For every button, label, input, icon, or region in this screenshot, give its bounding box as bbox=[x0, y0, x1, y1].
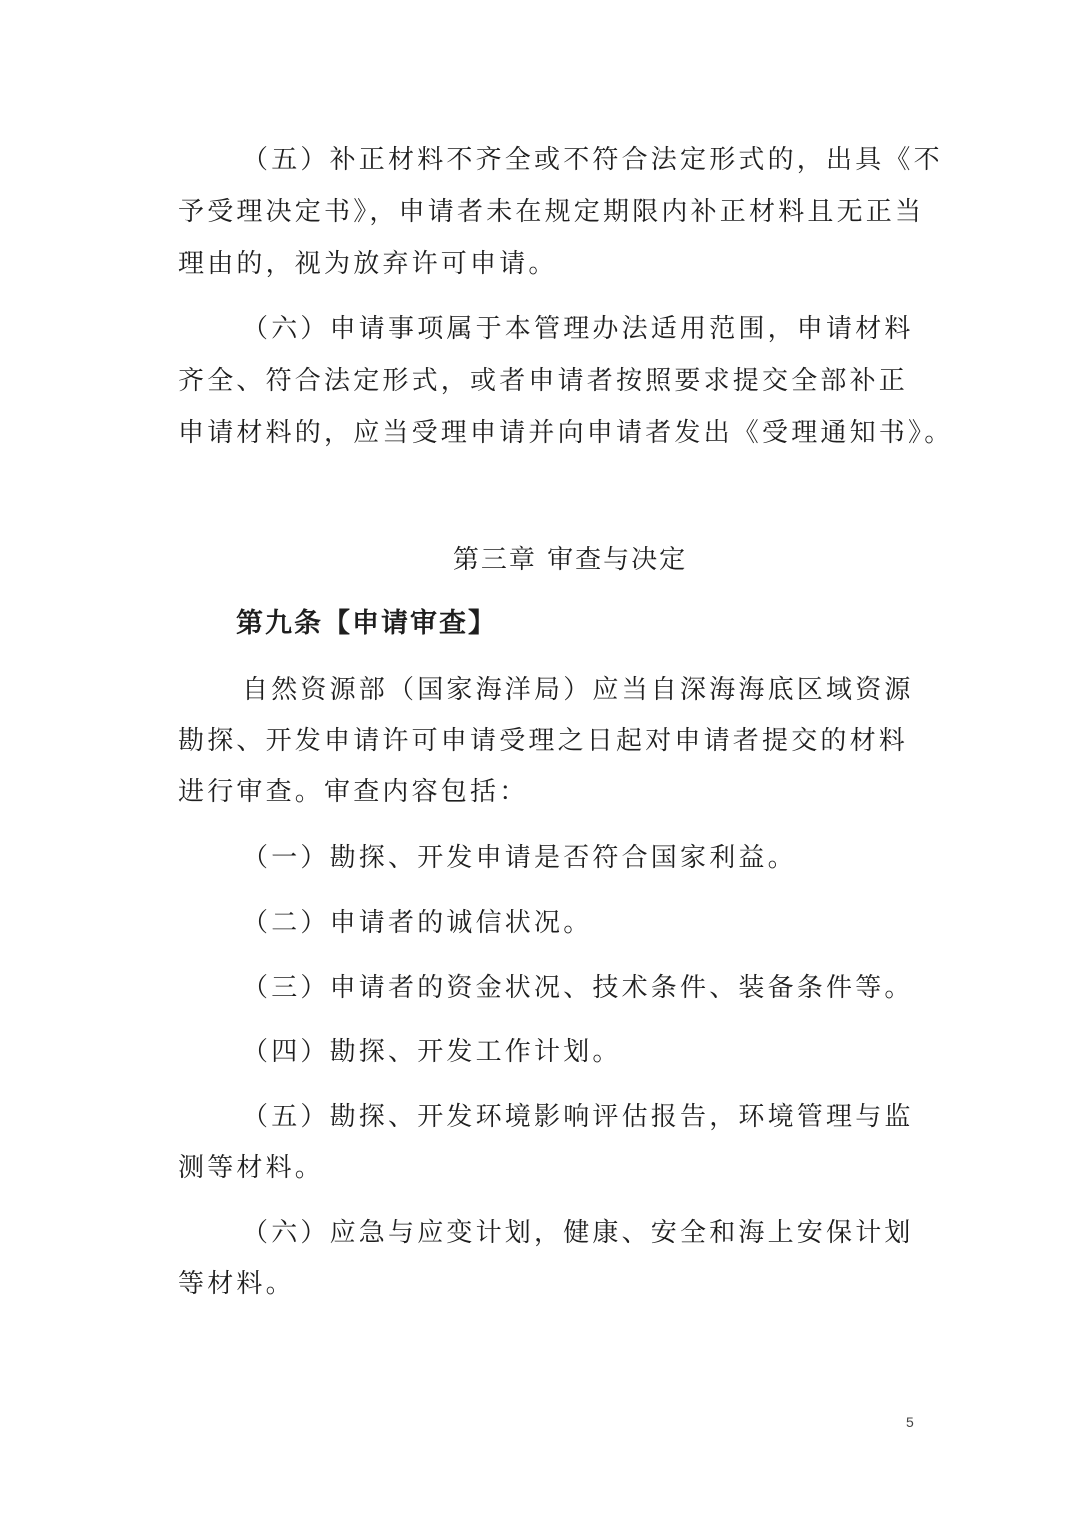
review-item-5-line-2: 测等材料。 bbox=[178, 1150, 902, 1186]
paragraph-5-line-2: 予受理决定书》，申请者未在规定期限内补正材料且无正当 bbox=[178, 194, 902, 230]
document-page: （五）补正材料不齐全或不符合法定形式的，出具《不 予受理决定书》，申请者未在规定… bbox=[0, 0, 1080, 1527]
review-item-3: （三）申请者的资金状况、技术条件、装备条件等。 bbox=[242, 970, 902, 1006]
article-title: 第九条【申请审查】 bbox=[236, 606, 497, 642]
review-item-6-line-2: 等材料。 bbox=[178, 1266, 902, 1302]
paragraph-6-line-1: （六）申请事项属于本管理办法适用范围，申请材料 bbox=[242, 311, 902, 347]
review-item-5-line-1: （五）勘探、开发环境影响评估报告，环境管理与监 bbox=[242, 1099, 902, 1135]
page-number: 5 bbox=[906, 1414, 914, 1430]
paragraph-5-line-3: 理由的，视为放弃许可申请。 bbox=[178, 246, 902, 282]
paragraph-6-line-3: 申请材料的，应当受理申请并向申请者发出《受理通知书》。 bbox=[178, 415, 902, 451]
article-intro-line-1: 自然资源部（国家海洋局）应当自深海海底区域资源 bbox=[242, 672, 902, 708]
chapter-title: 第三章 审查与决定 bbox=[0, 542, 1080, 578]
paragraph-6-line-2: 齐全、符合法定形式，或者申请者按照要求提交全部补正 bbox=[178, 363, 902, 399]
article-intro-line-3: 进行审查。审查内容包括： bbox=[178, 774, 902, 810]
review-item-6-line-1: （六）应急与应变计划，健康、安全和海上安保计划 bbox=[242, 1215, 902, 1251]
review-item-4: （四）勘探、开发工作计划。 bbox=[242, 1034, 902, 1070]
article-intro-line-2: 勘探、开发申请许可申请受理之日起对申请者提交的材料 bbox=[178, 723, 902, 759]
review-item-2: （二）申请者的诚信状况。 bbox=[242, 905, 902, 941]
review-item-1: （一）勘探、开发申请是否符合国家利益。 bbox=[242, 840, 902, 876]
paragraph-5-line-1: （五）补正材料不齐全或不符合法定形式的，出具《不 bbox=[242, 142, 902, 178]
